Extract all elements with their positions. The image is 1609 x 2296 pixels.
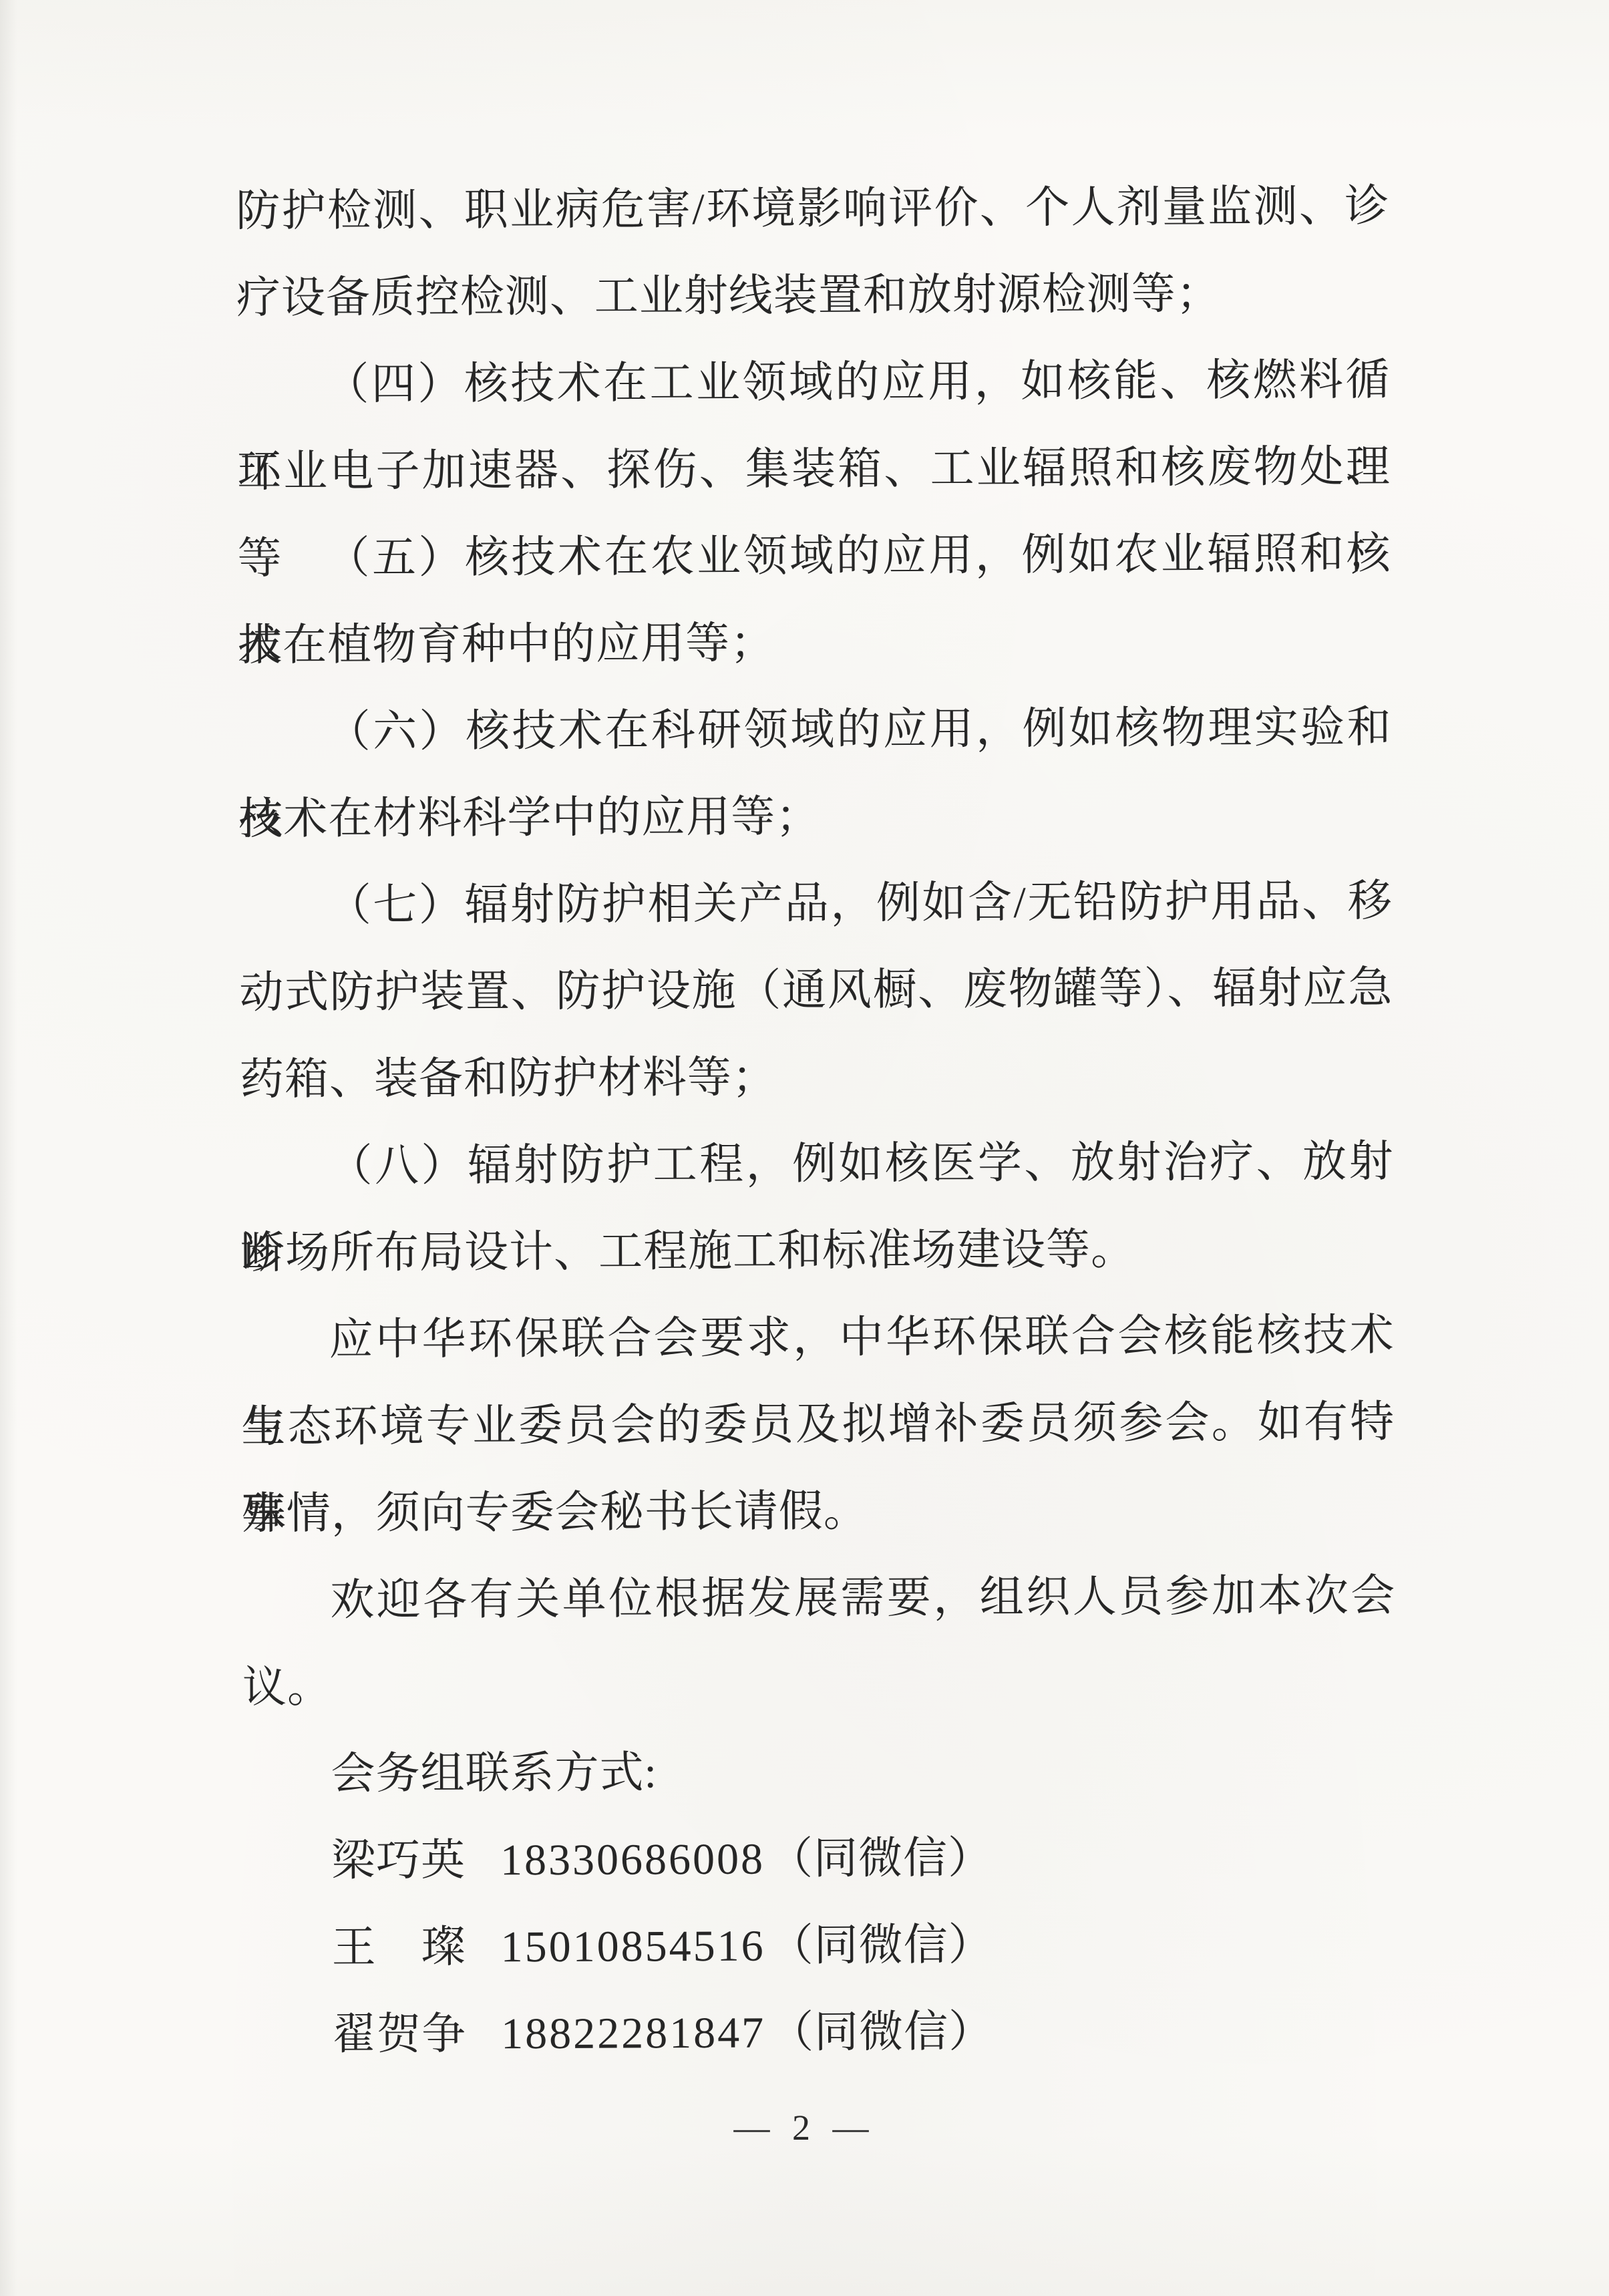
- contact-section-heading: 会务组联系方式:: [242, 1726, 1397, 1818]
- contact-wechat-note: （同微信）: [769, 2007, 993, 2057]
- contact-name: 梁巧英: [243, 1818, 466, 1905]
- body-line: 动式防护装置、防护设施（通风橱、废物罐等）、辐射应急: [239, 945, 1393, 1037]
- body-line: 欢迎各有关单位根据发展需要，组织人员参加本次会: [242, 1552, 1396, 1645]
- contact-phone: 18822281847: [501, 2009, 765, 2059]
- document-page: 防护检测、职业病危害/环境影响评价、个人剂量监测、诊 疗设备质控检测、工业射线装…: [0, 0, 1609, 2296]
- body-line: （四）核技术在工业领域的应用，如核能、核燃料循环、: [236, 337, 1391, 429]
- page-footer: — 2 —: [0, 2094, 1609, 2161]
- contact-phone: 18330686008: [500, 1835, 765, 1885]
- body-line: （七）辐射防护相关产品，例如含/无铅防护用品、移: [239, 858, 1393, 950]
- contact-row: 翟贺争18822281847（同微信）: [244, 1987, 1398, 2079]
- contact-wechat-note: （同微信）: [769, 1921, 993, 1970]
- contact-row: 梁巧英18330686008（同微信）: [243, 1813, 1397, 1905]
- document-body: 防护检测、职业病危害/环境影响评价、个人剂量监测、诊 疗设备质控检测、工业射线装…: [236, 163, 1397, 2079]
- body-line: 疗设备质控检测、工业射线装置和放射源检测等；: [236, 250, 1391, 342]
- body-line: 防护检测、职业病危害/环境影响评价、个人剂量监测、诊: [236, 163, 1390, 255]
- body-line: 工业电子加速器、探伤、集装箱、工业辐照和核废物处理等；: [237, 424, 1391, 516]
- scan-edge-shadow: [0, 0, 20, 2296]
- body-line: 药箱、装备和防护材料等；: [240, 1031, 1394, 1124]
- body-line: 断场所布局设计、工程施工和标准场建设等。: [240, 1205, 1395, 1297]
- contact-row: 王 璨15010854516（同微信）: [243, 1900, 1397, 1992]
- contact-phone: 15010854516: [500, 1922, 765, 1972]
- contact-name: 王 璨: [243, 1905, 466, 1992]
- body-line: 技术在材料科学中的应用等；: [238, 771, 1393, 863]
- body-line: （六）核技术在科研领域的应用，例如核物理实验和核: [238, 684, 1392, 776]
- body-line: 应中华环保联合会要求，中华环保联合会核能核技术与: [240, 1292, 1395, 1384]
- body-line: 术在植物育种中的应用等；: [238, 597, 1392, 689]
- body-line: （五）核技术在农业领域的应用，例如农业辐照和核技: [237, 510, 1391, 603]
- contact-wechat-note: （同微信）: [769, 1834, 993, 1883]
- contact-name: 翟贺争: [244, 1991, 467, 2079]
- body-line: 事情，须向专委会秘书长请假。: [242, 1466, 1396, 1558]
- page-number: — 2 —: [734, 2108, 876, 2148]
- body-line: （八）辐射防护工程，例如核医学、放射治疗、放射诊: [240, 1118, 1394, 1210]
- body-line: 议。: [242, 1639, 1397, 1732]
- body-line: 生态环境专业委员会的委员及拟增补委员须参会。如有特殊: [241, 1379, 1395, 1471]
